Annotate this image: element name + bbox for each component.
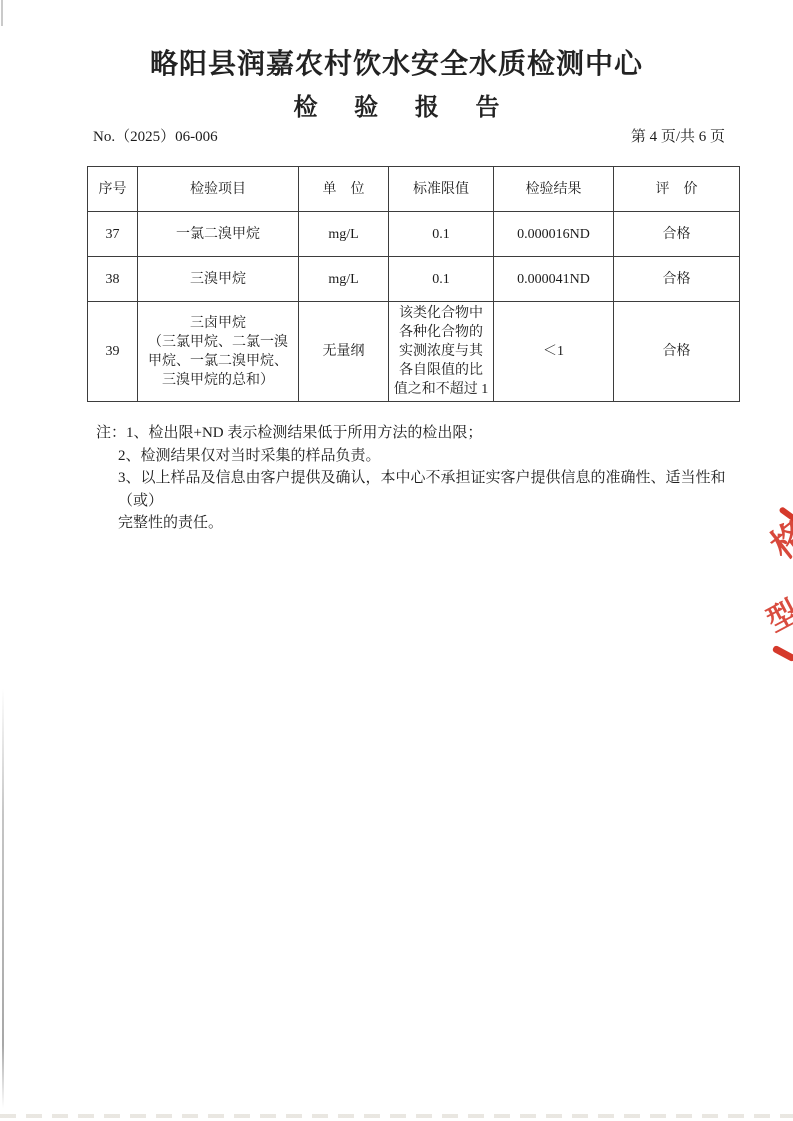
cell-item: 三卤甲烷 （三氯甲烷、二氯一溴 甲烷、一氯二溴甲烷、 三溴甲烷的总和） bbox=[138, 302, 299, 402]
seal-stroke-icon bbox=[772, 645, 793, 662]
scan-edge-artifact bbox=[0, 1114, 793, 1118]
cell-result: 0.000016ND bbox=[494, 212, 614, 257]
cell-unit: mg/L bbox=[299, 257, 389, 302]
cell-evaluation: 合格 bbox=[614, 212, 740, 257]
seal-fragment-icon: 格 bbox=[765, 515, 793, 566]
page-indicator: 第 4 页/共 6 页 bbox=[631, 125, 725, 146]
cell-no: 39 bbox=[88, 302, 138, 402]
cell-result: ＜1 bbox=[494, 302, 614, 402]
report-page: 略阳县润嘉农村饮水安全水质检测中心 检 验 报 告 No.（2025）06-00… bbox=[0, 0, 793, 1121]
cell-result: 0.000041ND bbox=[494, 257, 614, 302]
cell-no: 38 bbox=[88, 257, 138, 302]
col-header-evaluation: 评 价 bbox=[614, 167, 740, 212]
cell-limit: 0.1 bbox=[389, 257, 494, 302]
table-row: 37 一氯二溴甲烷 mg/L 0.1 0.000016ND 合格 bbox=[88, 212, 740, 257]
table-row: 38 三溴甲烷 mg/L 0.1 0.000041ND 合格 bbox=[88, 257, 740, 302]
meta-row: No.（2025）06-006 第 4 页/共 6 页 bbox=[93, 125, 725, 145]
cell-limit: 0.1 bbox=[389, 212, 494, 257]
page-title: 略阳县润嘉农村饮水安全水质检测中心 bbox=[0, 42, 793, 82]
col-header-result: 检验结果 bbox=[494, 167, 614, 212]
cell-limit: 该类化合物中 各种化合物的 实测浓度与其 各自限值的比 值之和不超过 1 bbox=[389, 302, 494, 402]
report-number: No.（2025）06-006 bbox=[93, 125, 218, 146]
notes-block: 注：1、检出限+ND 表示检测结果低于所用方法的检出限； 2、检测结果仅对当时采… bbox=[96, 422, 756, 535]
table-header-row: 序号 检验项目 单 位 标准限值 检验结果 评 价 bbox=[88, 167, 740, 212]
report-subtitle: 检 验 报 告 bbox=[0, 87, 793, 122]
cell-unit: mg/L bbox=[299, 212, 389, 257]
note-line: 注：1、检出限+ND 表示检测结果低于所用方法的检出限； bbox=[96, 422, 756, 445]
cell-unit: 无量纲 bbox=[299, 302, 389, 402]
cell-evaluation: 合格 bbox=[614, 302, 740, 402]
scan-edge-artifact bbox=[1, 0, 3, 26]
results-table: 序号 检验项目 单 位 标准限值 检验结果 评 价 37 一氯二溴甲烷 mg/L… bbox=[87, 166, 740, 402]
table-row: 39 三卤甲烷 （三氯甲烷、二氯一溴 甲烷、一氯二溴甲烷、 三溴甲烷的总和） 无… bbox=[88, 302, 740, 402]
cell-item: 三溴甲烷 bbox=[138, 257, 299, 302]
scan-edge-artifact bbox=[2, 688, 4, 1108]
note-line: 3、以上样品及信息由客户提供及确认，本中心不承担证实客户提供信息的准确性、适当性… bbox=[118, 467, 756, 512]
note-line: 2、检测结果仅对当时采集的样品负责。 bbox=[118, 445, 756, 468]
cell-no: 37 bbox=[88, 212, 138, 257]
seal-fragment-icon: 型 bbox=[763, 597, 793, 638]
cell-item: 一氯二溴甲烷 bbox=[138, 212, 299, 257]
col-header-no: 序号 bbox=[88, 167, 138, 212]
col-header-limit: 标准限值 bbox=[389, 167, 494, 212]
col-header-item: 检验项目 bbox=[138, 167, 299, 212]
col-header-unit: 单 位 bbox=[299, 167, 389, 212]
cell-evaluation: 合格 bbox=[614, 257, 740, 302]
note-line: 完整性的责任。 bbox=[118, 512, 756, 535]
